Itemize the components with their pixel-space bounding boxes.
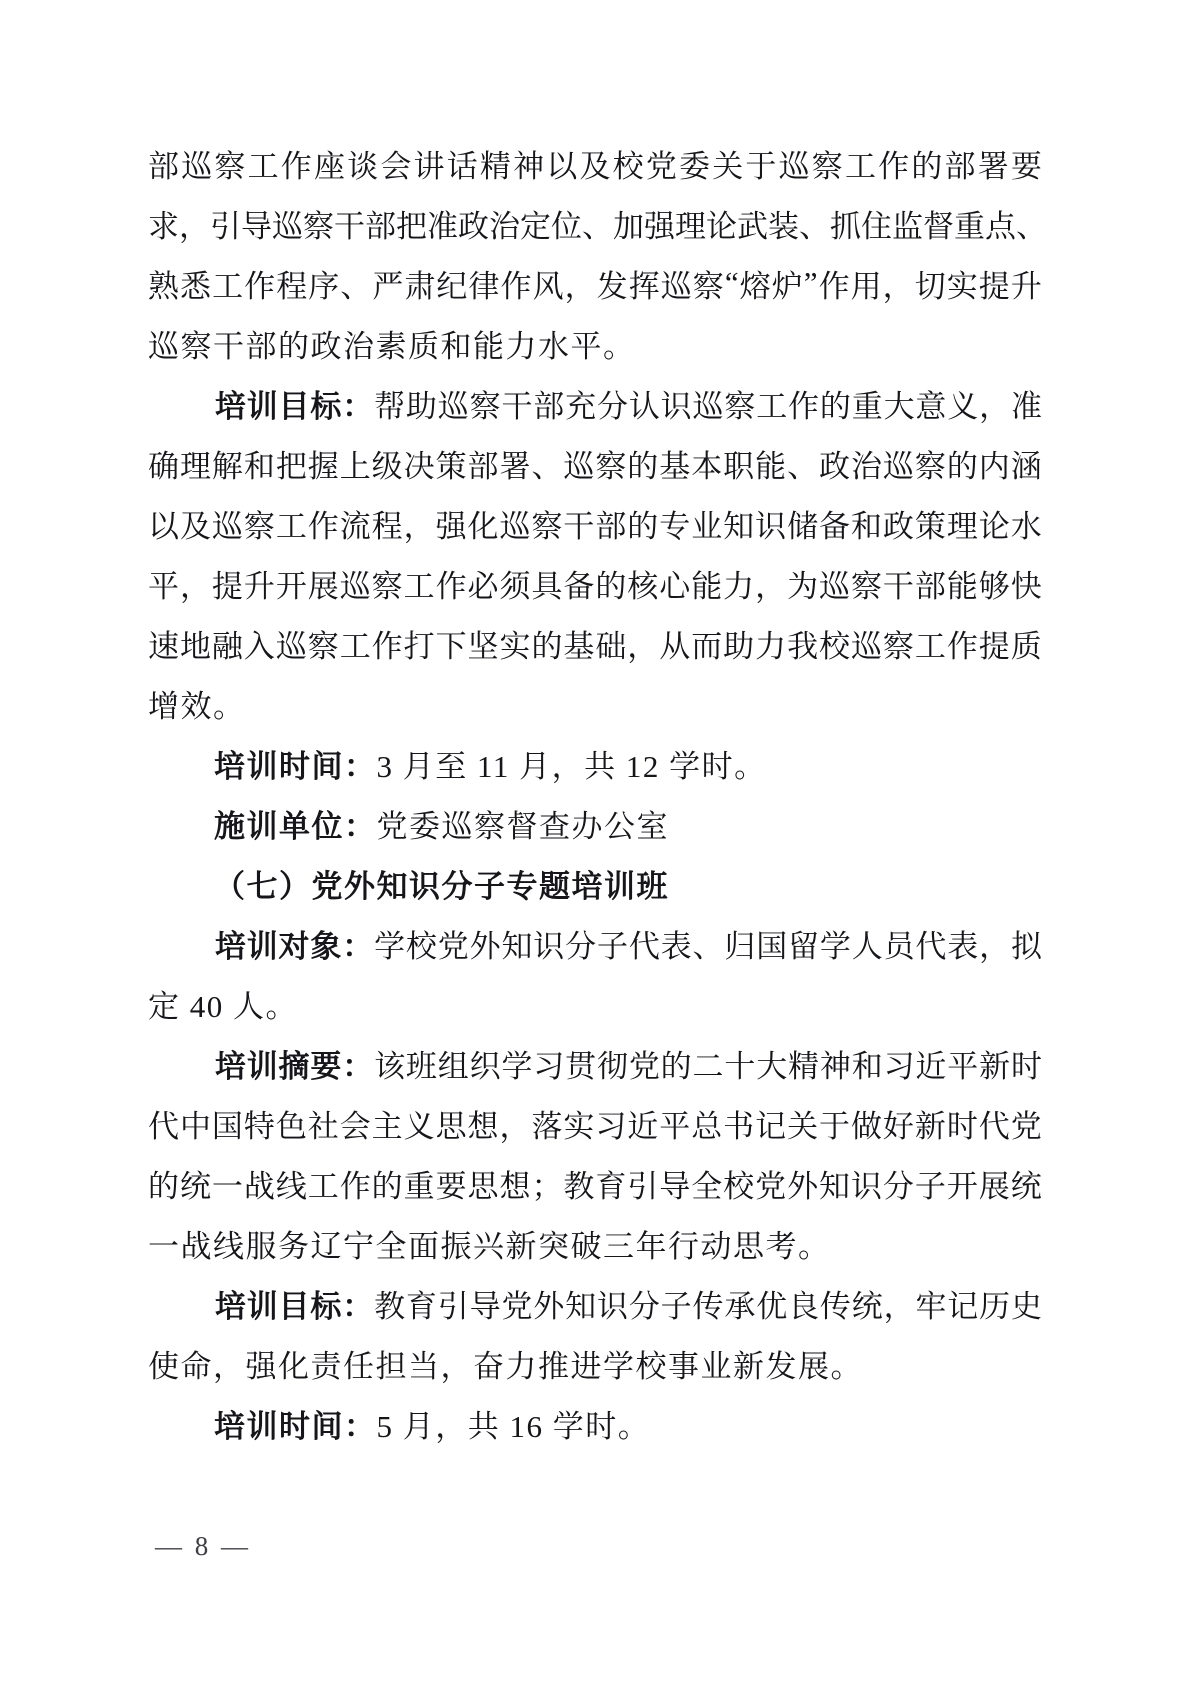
text-line: 熟悉工作程序、严肃纪律作风，发挥巡察“熔炉”作用，切实提升 [148,253,1042,313]
text-line: 培训对象：学校党外知识分子代表、归国留学人员代表，拟 [148,913,1042,973]
document-page: 部巡察工作座谈会讲话精神以及校党委关于巡察工作的部署要求，引导巡察干部把准政治定… [0,0,1190,1683]
text-line: 增效。 [148,673,1042,733]
text-line: 培训目标：教育引导党外知识分子传承优良传统，牢记历史 [148,1273,1042,1333]
document-body: 部巡察工作座谈会讲话精神以及校党委关于巡察工作的部署要求，引导巡察干部把准政治定… [148,133,1042,1453]
text-line: 施训单位：党委巡察督查办公室 [148,793,1042,853]
text-line: 平，提升开展巡察工作必须具备的核心能力，为巡察干部能够快 [148,553,1042,613]
text-line: 使命，强化责任担当，奋力推进学校事业新发展。 [148,1333,1042,1393]
text-line: 巡察干部的政治素质和能力水平。 [148,313,1042,373]
page-number: — 8 — [155,1531,251,1562]
text-line: 定 40 人。 [148,973,1042,1033]
text-line: 确理解和把握上级决策部署、巡察的基本职能、政治巡察的内涵 [148,433,1042,493]
text-line: 求，引导巡察干部把准政治定位、加强理论武装、抓住监督重点、 [148,193,1042,253]
text-line: 代中国特色社会主义思想，落实习近平总书记关于做好新时代党 [148,1093,1042,1153]
text-line: 培训目标：帮助巡察干部充分认识巡察工作的重大意义，准 [148,373,1042,433]
text-line: 培训摘要：该班组织学习贯彻党的二十大精神和习近平新时 [148,1033,1042,1093]
text-line: 部巡察工作座谈会讲话精神以及校党委关于巡察工作的部署要 [148,133,1042,193]
text-line: 的统一战线工作的重要思想；教育引导全校党外知识分子开展统 [148,1153,1042,1213]
text-line: 速地融入巡察工作打下坚实的基础，从而助力我校巡察工作提质 [148,613,1042,673]
text-line: 以及巡察工作流程，强化巡察干部的专业知识储备和政策理论水 [148,493,1042,553]
text-line: 培训时间：3 月至 11 月，共 12 学时。 [148,733,1042,793]
text-line: （七）党外知识分子专题培训班 [148,853,1042,913]
text-line: 一战线服务辽宁全面振兴新突破三年行动思考。 [148,1213,1042,1273]
text-line: 培训时间：5 月，共 16 学时。 [148,1393,1042,1453]
